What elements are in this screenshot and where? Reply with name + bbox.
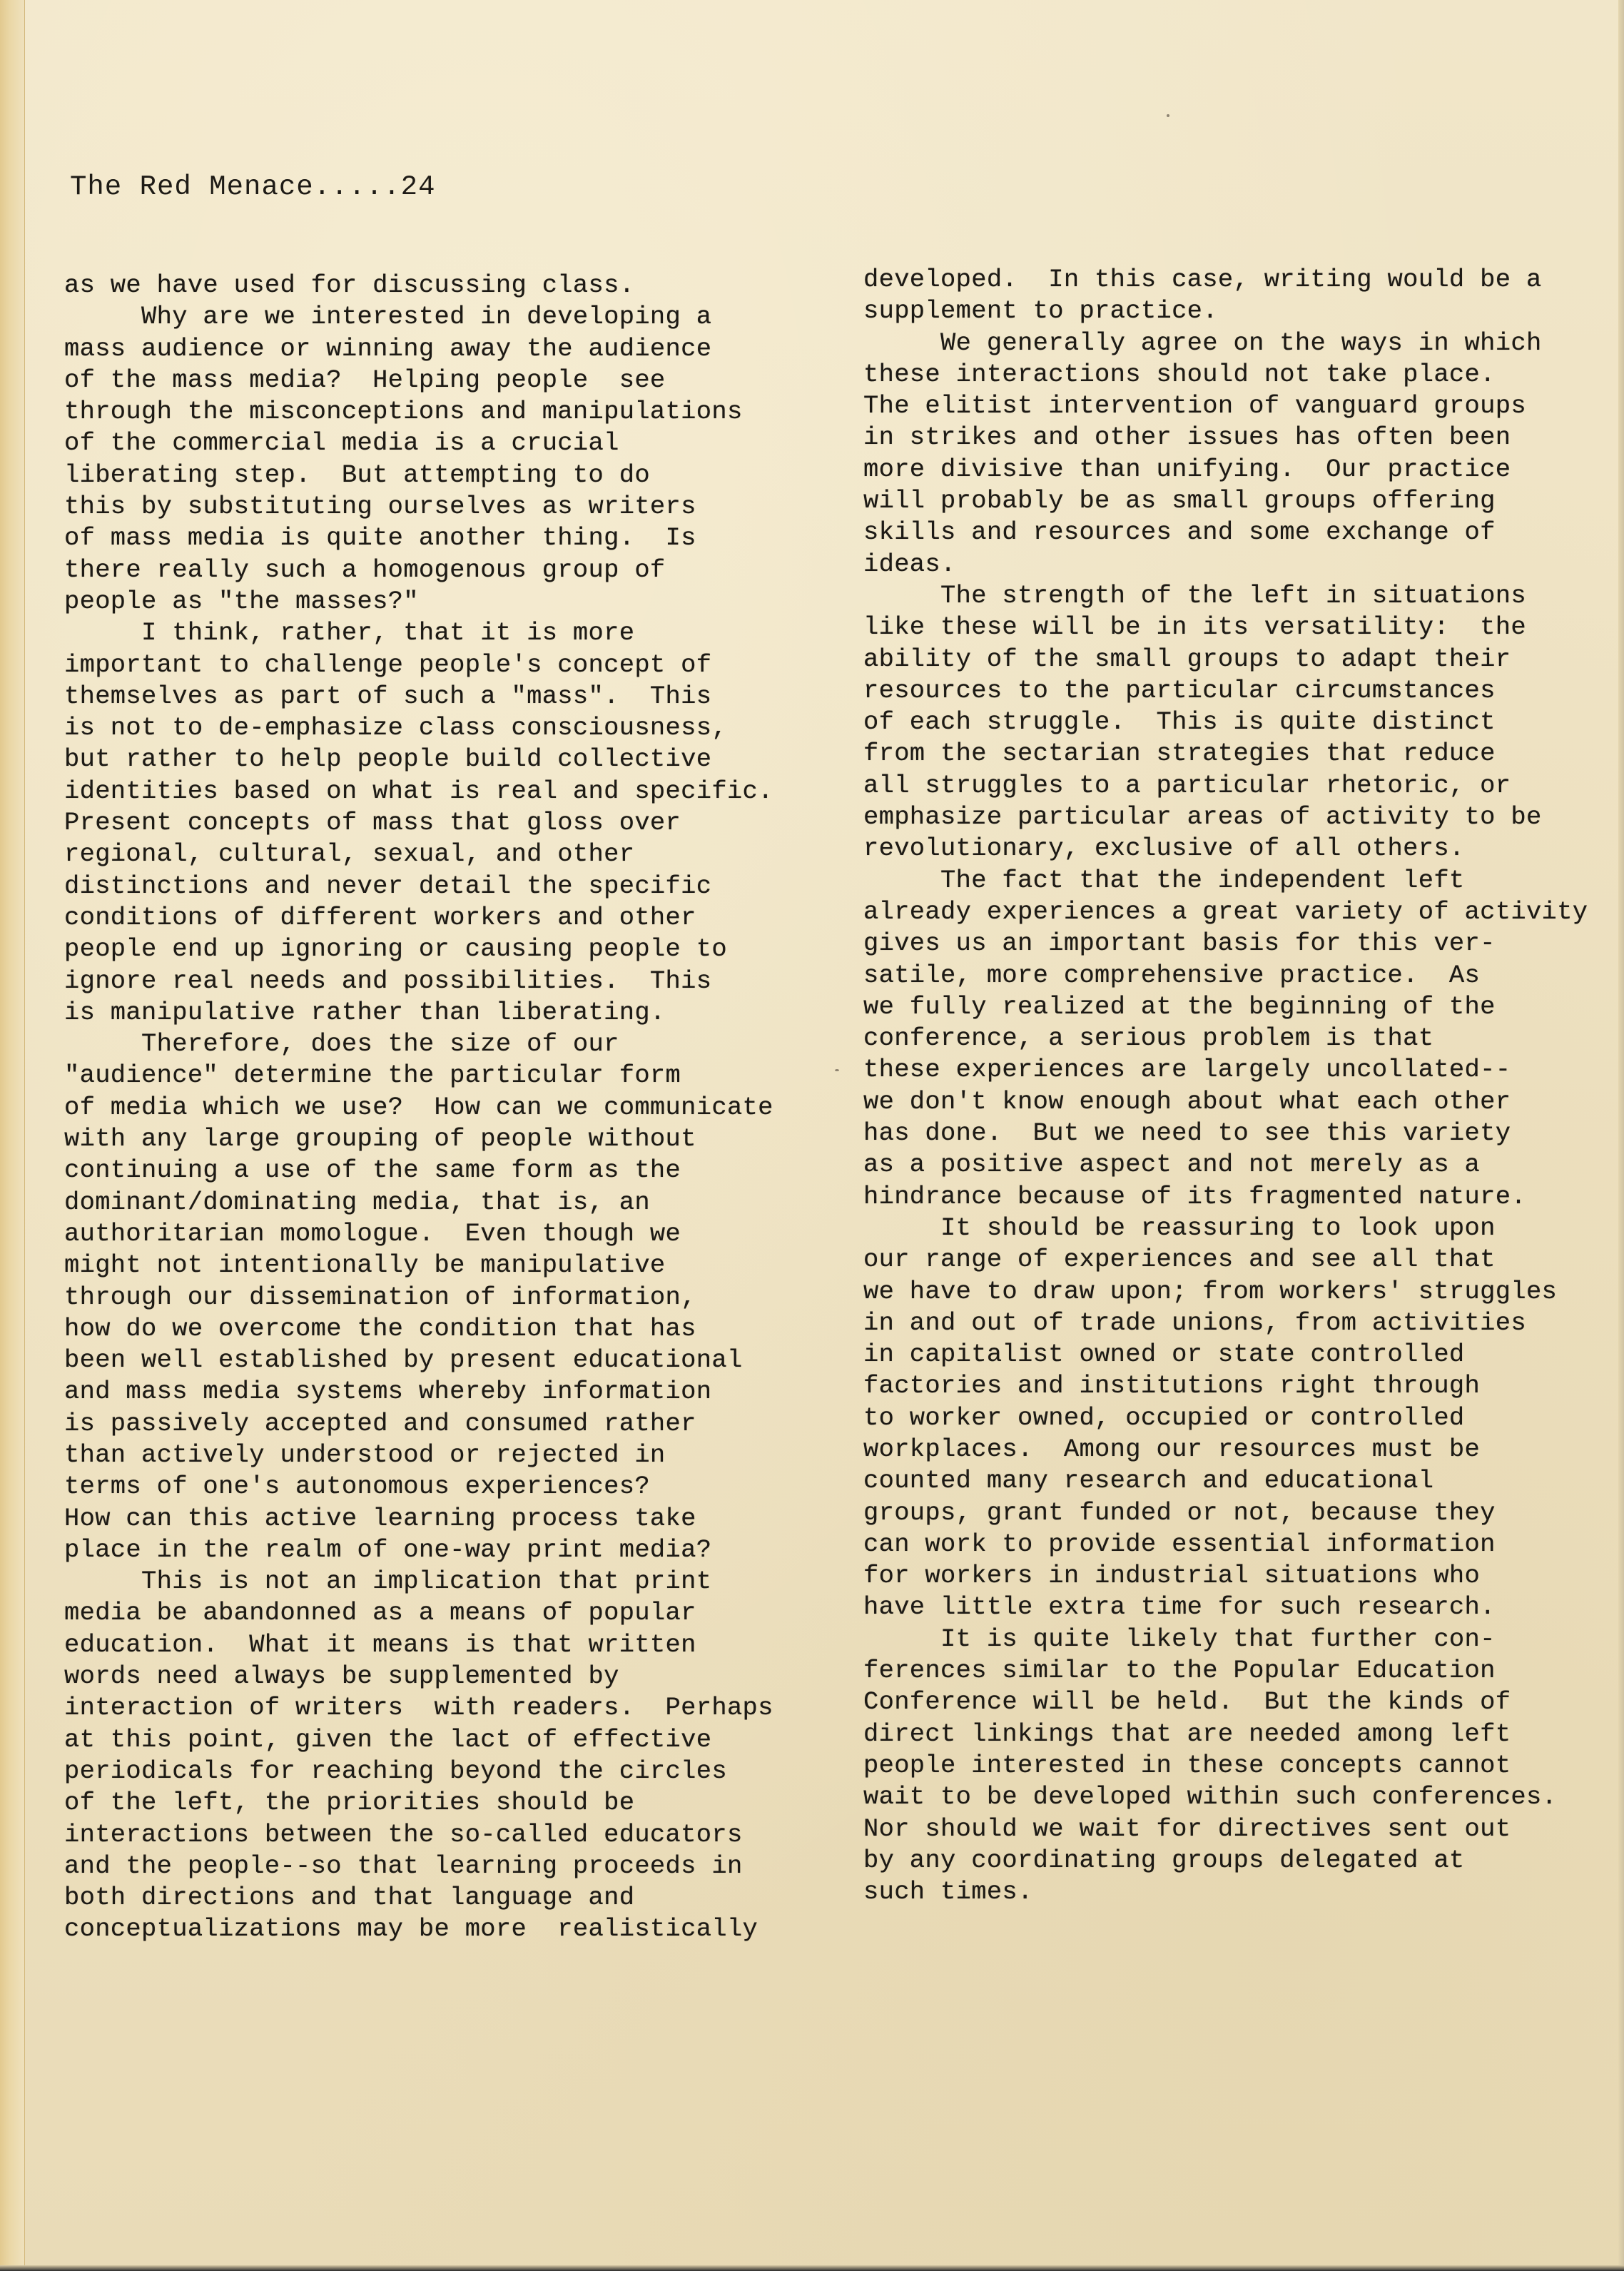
text-line: in strikes and other issues has often be… bbox=[863, 422, 1588, 453]
text-line: we fully realized at the beginning of th… bbox=[863, 991, 1588, 1023]
text-line: in capitalist owned or state controlled bbox=[863, 1339, 1588, 1370]
right-column: developed. In this case, writing would b… bbox=[863, 264, 1588, 1908]
left-column: as we have used for discussing class. Wh… bbox=[64, 270, 773, 1946]
text-line: all struggles to a particular rhetoric, … bbox=[863, 770, 1588, 801]
text-line: has done. But we need to see this variet… bbox=[863, 1118, 1588, 1149]
text-line: through the misconceptions and manipulat… bbox=[64, 396, 773, 428]
text-line: and the people--so that learning proceed… bbox=[64, 1851, 773, 1882]
text-line: been well established by present educati… bbox=[64, 1345, 773, 1376]
text-line: periodicals for reaching beyond the circ… bbox=[64, 1756, 773, 1787]
text-line: groups, grant funded or not, because the… bbox=[863, 1497, 1588, 1529]
text-line: in and out of trade unions, from activit… bbox=[863, 1308, 1588, 1339]
text-line: will probably be as small groups offerin… bbox=[863, 485, 1588, 517]
text-line: at this point, given the lact of effecti… bbox=[64, 1724, 773, 1756]
text-line: might not intentionally be manipulative bbox=[64, 1250, 773, 1281]
text-line: place in the realm of one-way print medi… bbox=[64, 1534, 773, 1566]
text-line: gives us an important basis for this ver… bbox=[863, 928, 1588, 959]
text-line: The elitist intervention of vanguard gro… bbox=[863, 390, 1588, 422]
text-line: dominant/dominating media, that is, an bbox=[64, 1187, 773, 1218]
text-line: to worker owned, occupied or controlled bbox=[863, 1402, 1588, 1434]
text-line: by any coordinating groups delegated at bbox=[863, 1845, 1588, 1876]
text-line: conference, a serious problem is that bbox=[863, 1023, 1588, 1054]
text-line: It should be reassuring to look upon bbox=[863, 1213, 1588, 1244]
text-line: of the commercial media is a crucial bbox=[64, 428, 773, 459]
text-line: of each struggle. This is quite distinct bbox=[863, 707, 1588, 738]
text-line: mass audience or winning away the audien… bbox=[64, 333, 773, 365]
text-line: resources to the particular circumstance… bbox=[863, 675, 1588, 707]
text-line: education. What it means is that written bbox=[64, 1629, 773, 1661]
text-line: more divisive than unifying. Our practic… bbox=[863, 454, 1588, 485]
text-line: Why are we interested in developing a bbox=[64, 301, 773, 333]
text-line: wait to be developed within such confere… bbox=[863, 1781, 1588, 1813]
text-line: how do we overcome the condition that ha… bbox=[64, 1313, 773, 1345]
text-line: It is quite likely that further con- bbox=[863, 1624, 1588, 1655]
text-line: supplement to practice. bbox=[863, 295, 1588, 327]
text-line: of the left, the priorities should be bbox=[64, 1787, 773, 1819]
text-line: I think, rather, that it is more bbox=[64, 617, 773, 649]
text-line: interactions between the so-called educa… bbox=[64, 1819, 773, 1851]
text-line: as we have used for discussing class. bbox=[64, 270, 773, 301]
text-line: of the mass media? Helping people see bbox=[64, 365, 773, 396]
text-line: ferences similar to the Popular Educatio… bbox=[863, 1655, 1588, 1686]
text-line: is not to de-emphasize class consciousne… bbox=[64, 712, 773, 744]
text-line: can work to provide essential informatio… bbox=[863, 1529, 1588, 1560]
paper-bottom-edge bbox=[0, 2265, 1624, 2271]
text-line: workplaces. Among our resources must be bbox=[863, 1434, 1588, 1465]
text-line: continuing a use of the same form as the bbox=[64, 1155, 773, 1186]
paper-speck bbox=[835, 1069, 839, 1071]
text-line: The fact that the independent left bbox=[863, 865, 1588, 896]
text-line: ignore real needs and possibilities. Thi… bbox=[64, 966, 773, 997]
text-line: distinctions and never detail the specif… bbox=[64, 871, 773, 902]
text-line: but rather to help people build collecti… bbox=[64, 744, 773, 775]
text-line: ideas. bbox=[863, 549, 1588, 580]
text-line: skills and resources and some exchange o… bbox=[863, 517, 1588, 548]
text-line: these experiences are largely uncollated… bbox=[863, 1054, 1588, 1086]
text-line: through our dissemination of information… bbox=[64, 1282, 773, 1313]
text-line: like these will be in its versatility: t… bbox=[863, 612, 1588, 643]
text-line: counted many research and educational bbox=[863, 1465, 1588, 1497]
text-line: have little extra time for such research… bbox=[863, 1592, 1588, 1623]
text-line: direct linkings that are needed among le… bbox=[863, 1719, 1588, 1750]
text-line: How can this active learning process tak… bbox=[64, 1503, 773, 1534]
text-line: Nor should we wait for directives sent o… bbox=[863, 1814, 1588, 1845]
paper-right-edge bbox=[1618, 0, 1624, 2271]
page-header: The Red Menace.....24 bbox=[70, 171, 435, 203]
text-line: emphasize particular areas of activity t… bbox=[863, 801, 1588, 833]
text-line: conditions of different workers and othe… bbox=[64, 902, 773, 934]
text-line: such times. bbox=[863, 1876, 1588, 1908]
text-line: of media which we use? How can we commun… bbox=[64, 1092, 773, 1123]
text-line: of mass media is quite another thing. Is bbox=[64, 522, 773, 554]
text-line: "audience" determine the particular form bbox=[64, 1060, 773, 1091]
text-line: from the sectarian strategies that reduc… bbox=[863, 738, 1588, 769]
text-line: is passively accepted and consumed rathe… bbox=[64, 1408, 773, 1440]
text-line: Present concepts of mass that gloss over bbox=[64, 807, 773, 839]
text-line: This is not an implication that print bbox=[64, 1566, 773, 1597]
text-line: interaction of writers with readers. Per… bbox=[64, 1692, 773, 1724]
text-line: developed. In this case, writing would b… bbox=[863, 264, 1588, 295]
text-line: media be abandonned as a means of popula… bbox=[64, 1597, 773, 1629]
text-line: people as "the masses?" bbox=[64, 586, 773, 617]
text-line: regional, cultural, sexual, and other bbox=[64, 839, 773, 870]
text-line: there really such a homogenous group of bbox=[64, 555, 773, 586]
text-line: than actively understood or rejected in bbox=[64, 1440, 773, 1471]
text-line: revolutionary, exclusive of all others. bbox=[863, 833, 1588, 864]
text-line: already experiences a great variety of a… bbox=[863, 896, 1588, 928]
text-line: this by substituting ourselves as writer… bbox=[64, 491, 773, 522]
text-line: themselves as part of such a "mass". Thi… bbox=[64, 681, 773, 712]
text-line: conceptualizations may be more realistic… bbox=[64, 1913, 773, 1945]
text-line: We generally agree on the ways in which bbox=[863, 328, 1588, 359]
text-line: ability of the small groups to adapt the… bbox=[863, 644, 1588, 675]
text-line: liberating step. But attempting to do bbox=[64, 460, 773, 491]
text-line: people interested in these concepts cann… bbox=[863, 1750, 1588, 1781]
text-line: we don't know enough about what each oth… bbox=[863, 1086, 1588, 1118]
page: The Red Menace.....24 as we have used fo… bbox=[0, 0, 1624, 2271]
text-line: hindrance because of its fragmented natu… bbox=[863, 1181, 1588, 1213]
text-line: identities based on what is real and spe… bbox=[64, 776, 773, 807]
text-line: for workers in industrial situations who bbox=[863, 1560, 1588, 1592]
paper-left-edge bbox=[0, 0, 25, 2271]
text-line: people end up ignoring or causing people… bbox=[64, 934, 773, 965]
paper-speck bbox=[1167, 114, 1169, 117]
text-line: words need always be supplemented by bbox=[64, 1661, 773, 1692]
text-line: and mass media systems whereby informati… bbox=[64, 1376, 773, 1407]
text-line: Conference will be held. But the kinds o… bbox=[863, 1686, 1588, 1718]
text-line: these interactions should not take place… bbox=[863, 359, 1588, 390]
text-line: terms of one's autonomous experiences? bbox=[64, 1471, 773, 1502]
text-line: Therefore, does the size of our bbox=[64, 1028, 773, 1060]
text-line: is manipulative rather than liberating. bbox=[64, 997, 773, 1028]
text-line: both directions and that language and bbox=[64, 1882, 773, 1913]
text-line: important to challenge people's concept … bbox=[64, 649, 773, 681]
text-line: authoritarian momologue. Even though we bbox=[64, 1218, 773, 1250]
text-line: as a positive aspect and not merely as a bbox=[863, 1149, 1588, 1180]
text-line: factories and institutions right through bbox=[863, 1370, 1588, 1402]
text-line: our range of experiences and see all tha… bbox=[863, 1244, 1588, 1275]
text-line: we have to draw upon; from workers' stru… bbox=[863, 1276, 1588, 1308]
text-line: satile, more comprehensive practice. As bbox=[863, 960, 1588, 991]
text-line: with any large grouping of people withou… bbox=[64, 1123, 773, 1155]
text-line: The strength of the left in situations bbox=[863, 580, 1588, 612]
